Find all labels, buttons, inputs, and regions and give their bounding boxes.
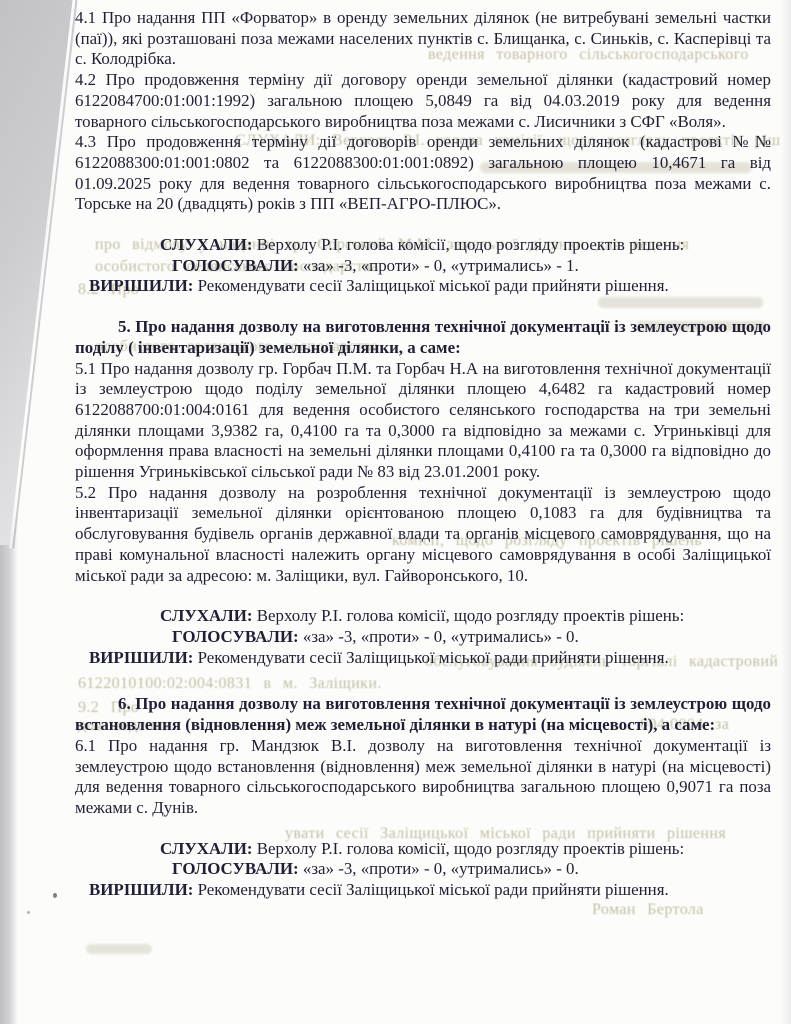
scanned-page: ведення товарного сільськогосподарського… bbox=[0, 0, 791, 1024]
decided-text: Рекомендувати сесії Заліщицької міської … bbox=[198, 276, 669, 295]
heard-text: Верхолу Р.І. голова комісії, щодо розгля… bbox=[257, 606, 684, 625]
heard-label: СЛУХАЛИ: bbox=[160, 839, 253, 858]
agenda-item-4-1: 4.1 Про надання ПП «Форватор» в оренду з… bbox=[75, 8, 771, 70]
agenda-item-6-1: 6.1 Про надання гр. Мандзюк В.І. дозволу… bbox=[75, 736, 771, 819]
vote-block-1: СЛУХАЛИ: Верхолу Р.І. голова комісії, що… bbox=[75, 235, 771, 297]
bleed-through-smudge bbox=[86, 944, 152, 954]
document-text: 4.1 Про надання ПП «Форватор» в оренду з… bbox=[0, 0, 791, 901]
heard-line: СЛУХАЛИ: Верхолу Р.І. голова комісії, що… bbox=[160, 235, 771, 256]
vote-block-2: СЛУХАЛИ: Верхолу Р.І. голова комісії, що… bbox=[75, 606, 771, 668]
voted-label: ГОЛОСУВАЛИ: bbox=[172, 859, 299, 878]
heard-label: СЛУХАЛИ: bbox=[160, 235, 253, 254]
voted-text: «за» -3, «проти» - 0, «утримались» - 0. bbox=[303, 627, 579, 646]
heard-line: СЛУХАЛИ: Верхолу Р.І. голова комісії, що… bbox=[160, 839, 771, 860]
section-heading-6: 6. Про надання дозволу на виготовлення т… bbox=[75, 694, 771, 735]
voted-line: ГОЛОСУВАЛИ: «за» -3, «проти» - 0, «утрим… bbox=[172, 256, 771, 277]
heard-label: СЛУХАЛИ: bbox=[160, 606, 253, 625]
decided-text: Рекомендувати сесії Заліщицької міської … bbox=[198, 648, 669, 667]
agenda-item-4-2: 4.2 Про продовження терміну дії договору… bbox=[75, 70, 771, 132]
decided-label: ВИРІШИЛИ: bbox=[89, 276, 193, 295]
decided-label: ВИРІШИЛИ: bbox=[89, 648, 193, 667]
heard-text: Верхолу Р.І. голова комісії, щодо розгля… bbox=[257, 839, 684, 858]
agenda-item-5-2: 5.2 Про надання дозволу на розроблення т… bbox=[75, 483, 771, 587]
section-heading-5: 5. Про надання дозволу на виготовлення т… bbox=[75, 317, 771, 358]
decided-label: ВИРІШИЛИ: bbox=[89, 880, 193, 899]
decided-line: ВИРІШИЛИ: Рекомендувати сесії Заліщицько… bbox=[89, 880, 771, 901]
voted-text: «за» -3, «проти» - 0, «утримались» - 1. bbox=[303, 256, 579, 275]
voted-line: ГОЛОСУВАЛИ: «за» -3, «проти» - 0, «утрим… bbox=[172, 627, 771, 648]
voted-label: ГОЛОСУВАЛИ: bbox=[172, 256, 299, 275]
decided-line: ВИРІШИЛИ: Рекомендувати сесії Заліщицько… bbox=[89, 276, 771, 297]
bleed-through-text: Роман Бертола bbox=[592, 901, 742, 919]
voted-line: ГОЛОСУВАЛИ: «за» -3, «проти» - 0, «утрим… bbox=[172, 859, 771, 880]
decided-line: ВИРІШИЛИ: Рекомендувати сесії Заліщицько… bbox=[89, 648, 771, 669]
agenda-item-4-3: 4.3 Про продовження терміну дії договорі… bbox=[75, 132, 771, 215]
heard-line: СЛУХАЛИ: Верхолу Р.І. голова комісії, що… bbox=[160, 606, 771, 627]
decided-text: Рекомендувати сесії Заліщицької міської … bbox=[198, 880, 669, 899]
heard-text: Верхолу Р.І. голова комісії, щодо розгля… bbox=[257, 235, 684, 254]
agenda-item-5-1: 5.1 Про надання дозволу гр. Горбач П.М. … bbox=[75, 359, 771, 483]
vote-block-3: СЛУХАЛИ: Верхолу Р.І. голова комісії, що… bbox=[75, 839, 771, 901]
voted-label: ГОЛОСУВАЛИ: bbox=[172, 627, 299, 646]
voted-text: «за» -3, «проти» - 0, «утримались» - 0. bbox=[303, 859, 579, 878]
